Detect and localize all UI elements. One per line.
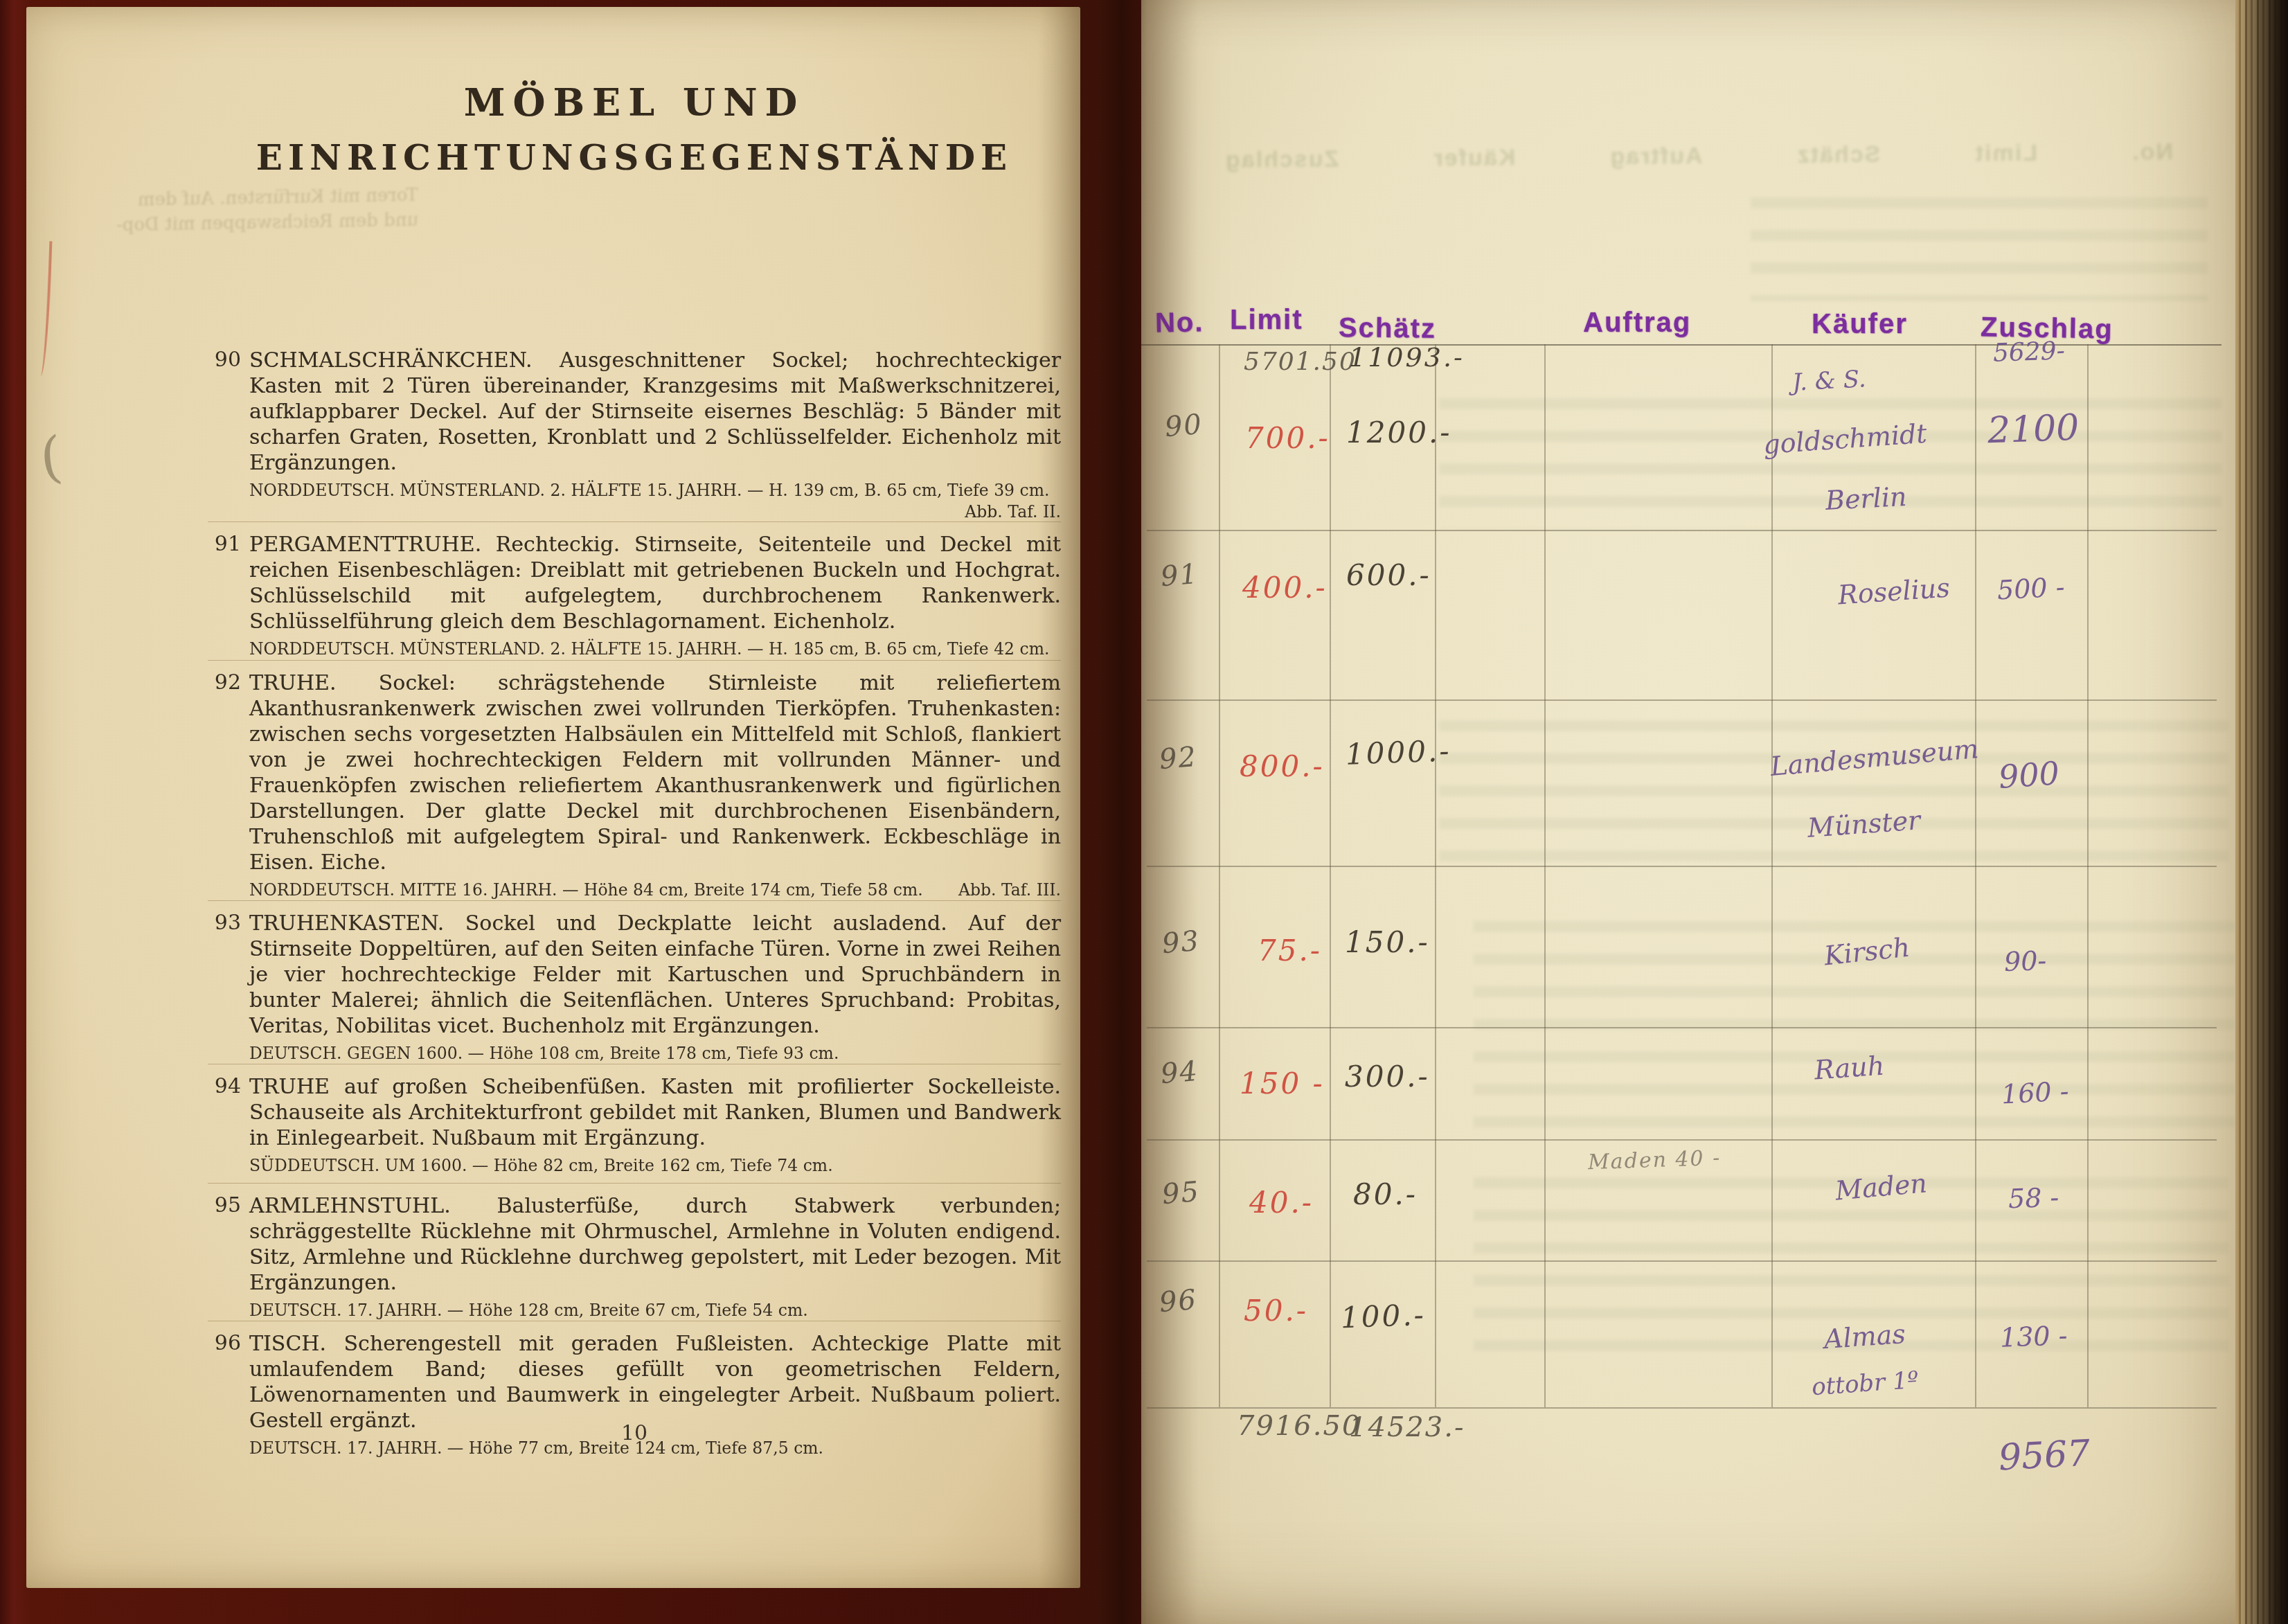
carryover-schaetz: 11093.- [1349,342,1465,373]
grid-horizontal-line [1147,1139,2217,1141]
ledger-schaetz: 100.- [1340,1298,1426,1335]
ledger-schaetz: 1200.- [1346,416,1451,449]
total-limit: 7916.50 [1237,1410,1361,1442]
entry-number: 95 [204,1193,241,1217]
entry-provenance: NORDDEUTSCH. MÜNSTERLAND. 2. HÄLFTE 15. … [249,639,1061,659]
grid-horizontal-line [1147,1407,2217,1409]
ledger-zuschlag: 90- [2003,945,2047,977]
ledger-buyer-note: ottobr 1º [1811,1366,1920,1402]
entry-provenance: SÜDDEUTSCH. UM 1600. — Höhe 82 cm, Breit… [249,1155,1061,1176]
ledger-buyer: Almas [1823,1319,1907,1355]
bleedthrough-text-block [1751,197,2208,301]
entry-provenance: DEUTSCH. GEGEN 1600. — Höhe 108 cm, Brei… [249,1043,1061,1064]
total-schaetz: 14523.- [1349,1411,1465,1443]
catalog-entry-94: 94 TRUHE auf großen Scheibenfüßen. Kaste… [208,1064,1061,1183]
grid-horizontal-line [1147,1260,2217,1262]
ledger-lot-number: 91 [1159,558,1200,594]
ledger-limit: 40.- [1249,1186,1314,1220]
entry-provenance-text: NORDDEUTSCH. MITTE 16. JAHRH. — Höhe 84 … [249,880,923,900]
grid-vertical-line [1330,344,1331,1407]
catalog-entry-92: 92 TRUHE. Sockel: schrägstehende Stirnle… [208,660,1061,900]
page-number: 10 [208,1421,1061,1445]
ledger-zuschlag: 160 - [2001,1076,2070,1109]
total-zuschlag: 9567 [1998,1433,2091,1479]
ledger-limit: 150 - [1240,1067,1325,1100]
grid-vertical-line [2087,344,2089,1407]
grid-horizontal-line [1147,699,2217,701]
bleedthrough-label: Limit [1974,140,2038,168]
bleedthrough-label: No. [2131,139,2173,166]
catalog-entries: 90 SCHMALSCHRÄNKCHEN. Ausgeschnittener S… [208,348,1061,1458]
ledger-buyer: Berlin [1825,481,1908,516]
grid-horizontal-line [1147,1027,2217,1028]
grid-horizontal-line [1147,866,2217,867]
ledger-schaetz: 300.- [1345,1060,1430,1094]
ledger-lot-number: 92 [1158,741,1199,776]
section-title-line2: EINRICHTUNGSGEGENSTÄNDE [208,137,1061,178]
ledger-zuschlag: 900 [1997,754,2060,796]
grid-vertical-line [1435,344,1436,1407]
book-scan: Toren mit Kurfürsten. Auf dem und dem Re… [0,0,2288,1624]
catalog-page: Toren mit Kurfürsten. Auf dem und dem Re… [26,7,1080,1588]
ledger-buyer: Rauh [1814,1051,1886,1086]
grid-vertical-line [1544,344,1546,1407]
grid-horizontal-line [1147,530,2217,531]
ledger-column-header-schaetz: Schätz [1339,312,1436,344]
catalog-entry-93: 93 TRUHENKASTEN. Sockel und Deckplatte l… [208,900,1061,1064]
entry-description: SCHMALSCHRÄNKCHEN. Ausgeschnittener Sock… [249,348,1061,476]
ledger-column-header-no: No. [1155,307,1204,339]
entry-number: 92 [204,670,241,695]
pencil-parenthesis-mark: ( [37,425,65,491]
ledger-page: No. Limit Schätz Auftrag Käufer Zuschlag… [1141,0,2238,1624]
ledger-schaetz: 150.- [1345,925,1430,959]
entry-provenance: NORDDEUTSCH. MITTE 16. JAHRH. — Höhe 84 … [249,880,1061,900]
ledger-buyer: J. & S. [1791,365,1867,397]
section-title-line1: MÖBEL UND [208,80,1061,125]
entry-number: 90 [204,348,241,372]
bleedthrough-label: Zuschlag [1224,146,1339,174]
ledger-limit: 50.- [1244,1294,1308,1328]
ledger-lot-number: 94 [1159,1055,1200,1091]
red-margin-mark [34,241,53,377]
ledger-schaetz: 1000.- [1345,733,1451,771]
ledger-column-header-kaeufer: Käufer [1812,309,1908,340]
ledger-zuschlag: 130 - [1999,1320,2068,1353]
entry-number: 91 [204,532,241,556]
plate-reference: Abb. Taf. III. [958,880,1061,900]
ledger-zuschlag: 58 - [2008,1182,2059,1215]
entry-description: ARMLEHNSTUHL. Balusterfüße, durch Stabwe… [249,1193,1061,1296]
catalog-entry-95: 95 ARMLEHNSTUHL. Balusterfüße, durch Sta… [208,1183,1061,1321]
ledger-lot-number: 95 [1161,1176,1201,1211]
entry-description: TRUHENKASTEN. Sockel und Deckplatte leic… [249,911,1061,1039]
bleedthrough-text: Toren mit Kurfürsten. Auf dem und dem Re… [71,183,418,239]
entry-provenance: NORDDEUTSCH. MÜNSTERLAND. 2. HÄLFTE 15. … [249,480,1061,501]
ledger-zuschlag: 2100 [1987,407,2080,452]
bleedthrough-text-block [1439,720,2228,869]
ledger-column-header-auftrag: Auftrag [1583,307,1691,339]
ledger-schaetz: 80.- [1353,1177,1418,1211]
ledger-schaetz: 600.- [1346,558,1431,592]
ledger-limit: 800.- [1240,749,1325,783]
ledger-lot-number: 96 [1158,1284,1199,1319]
entry-number: 96 [204,1331,241,1355]
bleedthrough-label: Auftrag [1609,143,1702,170]
grid-vertical-line [1771,344,1773,1407]
ledger-auftrag: Maden 40 - [1587,1146,1721,1175]
entry-description: TRUHE auf großen Scheibenfüßen. Kasten m… [249,1074,1061,1151]
ledger-zuschlag: 500 - [1996,571,2066,605]
grid-vertical-line [1219,344,1220,1407]
ledger-lot-number: 90 [1163,409,1204,444]
plate-reference: Abb. Taf. II. [249,502,1061,521]
bleedthrough-line: und dem Reichswappen mit Dop- [72,208,419,239]
ledger-limit: 700.- [1245,421,1330,455]
carryover-zuschlag: 5629- [1992,337,2065,368]
ledger-column-header-limit: Limit [1230,305,1303,336]
bleedthrough-label: Käufer [1432,144,1515,172]
grid-vertical-line [1975,344,1976,1407]
ledger-limit: 75.- [1258,934,1322,967]
entry-description: TISCH. Scherengestell mit geraden Fußlei… [249,1331,1061,1434]
catalog-entry-90: 90 SCHMALSCHRÄNKCHEN. Ausgeschnittener S… [208,348,1061,521]
entry-provenance: DEUTSCH. 17. JAHRH. — Höhe 128 cm, Breit… [249,1300,1061,1321]
bleedthrough-label: Schätz [1796,141,1881,169]
bleedthrough-header: No. Limit Schätz Auftrag Käufer Zuschlag [1224,139,2173,174]
entry-number: 93 [204,911,241,935]
ledger-limit: 400.- [1242,571,1328,605]
page-edge-stack [2235,0,2288,1624]
carryover-limit: 5701.50 [1244,348,1357,376]
ledger-lot-number: 93 [1161,925,1201,961]
catalog-entry-91: 91 PERGAMENTTRUHE. Rechteckig. Stirnseit… [208,521,1061,660]
entry-description: TRUHE. Sockel: schrägstehende Stirnleist… [249,670,1061,875]
entry-description: PERGAMENTTRUHE. Rechteckig. Stirnseite, … [249,532,1061,634]
ledger-buyer: Roselius [1837,572,1951,610]
entry-number: 94 [204,1074,241,1098]
